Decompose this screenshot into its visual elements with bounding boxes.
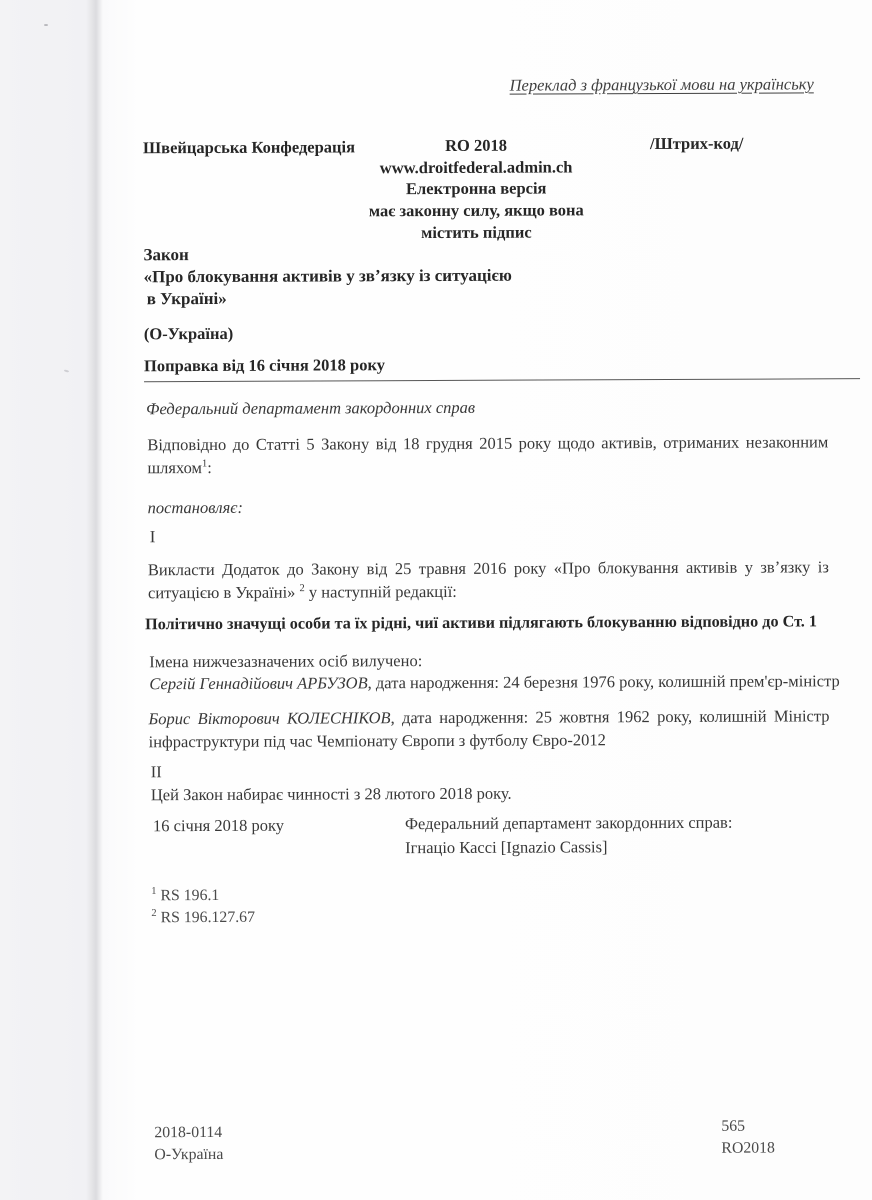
person-details: , дата народження: 24 березня 1976 року,…	[368, 671, 840, 692]
person-name: Борис Вікторович КОЛЕСНІКОВ	[148, 708, 390, 728]
signature-org: Федеральний департамент закордонних спра…	[405, 811, 733, 836]
header-barcode-placeholder: /Штрих-код/	[650, 134, 744, 154]
footnote-2-marker: 2	[151, 908, 156, 919]
header-eversion-line-3: містить підпис	[338, 221, 614, 244]
section-1-tail: у наступній редакції:	[305, 582, 457, 602]
person-entry-kolesnikov: Борис Вікторович КОЛЕСНІКОВ, дата народж…	[148, 704, 829, 753]
footnote-1-text: RS 196.1	[160, 887, 219, 904]
footer-right: 565 RO2018	[721, 1116, 775, 1160]
intro-text: Відповідно до Статті 5 Закону від 18 гру…	[147, 432, 828, 477]
title-line-3: в Україні»	[144, 287, 512, 311]
translation-note: Переклад з французької мови на українськ…	[510, 74, 814, 95]
law-short-code: (О-Україна)	[144, 324, 233, 344]
footnote-1-marker: 1	[151, 886, 156, 897]
title-line-2: «Про блокування активів у зв’язку із сит…	[144, 265, 512, 289]
header-eversion-line-1: Електронна версія	[338, 178, 614, 201]
header-center-block: RO 2018 www.droitfederal.admin.ch Електр…	[338, 134, 614, 244]
footnote-2: 2 RS 196.127.67	[151, 907, 255, 929]
department-name: Федеральний департамент закордонних спра…	[146, 398, 475, 419]
signature-block: Федеральний департамент закордонних спра…	[405, 811, 733, 859]
title-line-1: Закон	[143, 243, 511, 267]
header-eversion-line-2: має законну силу, якщо вона	[338, 199, 614, 222]
footer-left: 2018-0114 О-Україна	[154, 1122, 223, 1166]
person-name: Сергій Геннадійович АРБУЗОВ	[149, 673, 367, 693]
section-1-text: Викласти Додаток до Закону від 25 травня…	[148, 557, 829, 602]
section-2: II Цей Закон набирає чинності з 28 лютог…	[151, 759, 512, 807]
section-1-numeral: I	[150, 527, 156, 547]
header-confederation: Швейцарська Конфедерація	[143, 137, 355, 158]
section-1-paragraph: Викласти Додаток до Закону від 25 травня…	[148, 555, 829, 604]
section-2-text: Цей Закон набирає чинності з 28 лютого 2…	[151, 782, 512, 807]
signature-date: 16 січня 2018 року	[153, 816, 284, 837]
document-content: Переклад з французької мови на українськ…	[0, 0, 872, 1200]
scanned-page: Переклад з французької мови на українськ…	[0, 0, 872, 1200]
header-url: www.droitfederal.admin.ch	[338, 156, 614, 179]
amendment-heading: Поправка від 16 січня 2018 року	[144, 353, 860, 382]
footnote-1: 1 RS 196.1	[151, 885, 255, 907]
person-entry-arbuzov: Сергій Геннадійович АРБУЗОВ, дата народж…	[149, 671, 844, 694]
law-title: Закон «Про блокування активів у зв’язку …	[143, 243, 512, 311]
footnotes: 1 RS 196.1 2 RS 196.127.67	[151, 885, 255, 929]
footer-page-number: 565	[721, 1116, 775, 1138]
removed-names-intro: Імена нижчезазначених осіб вилучено:	[149, 651, 422, 672]
intro-paragraph: Відповідно до Статті 5 Закону від 18 гру…	[147, 430, 828, 479]
footer-volume: RO2018	[721, 1138, 775, 1160]
header-ro-line: RO 2018	[338, 134, 614, 157]
decree-word: постановляє:	[148, 498, 243, 518]
footnote-2-text: RS 196.127.67	[161, 909, 255, 926]
intro-colon: :	[207, 458, 212, 477]
footer-doc-number: 2018-0114	[154, 1122, 223, 1144]
footer-doc-code: О-Україна	[154, 1144, 223, 1166]
section-2-numeral: II	[151, 759, 512, 784]
signature-signer: Ігнаціо Кассі [Ignazio Cassis]	[405, 834, 733, 859]
annex-heading: Політично значущі особи та їх рідні, чиї…	[145, 612, 817, 634]
